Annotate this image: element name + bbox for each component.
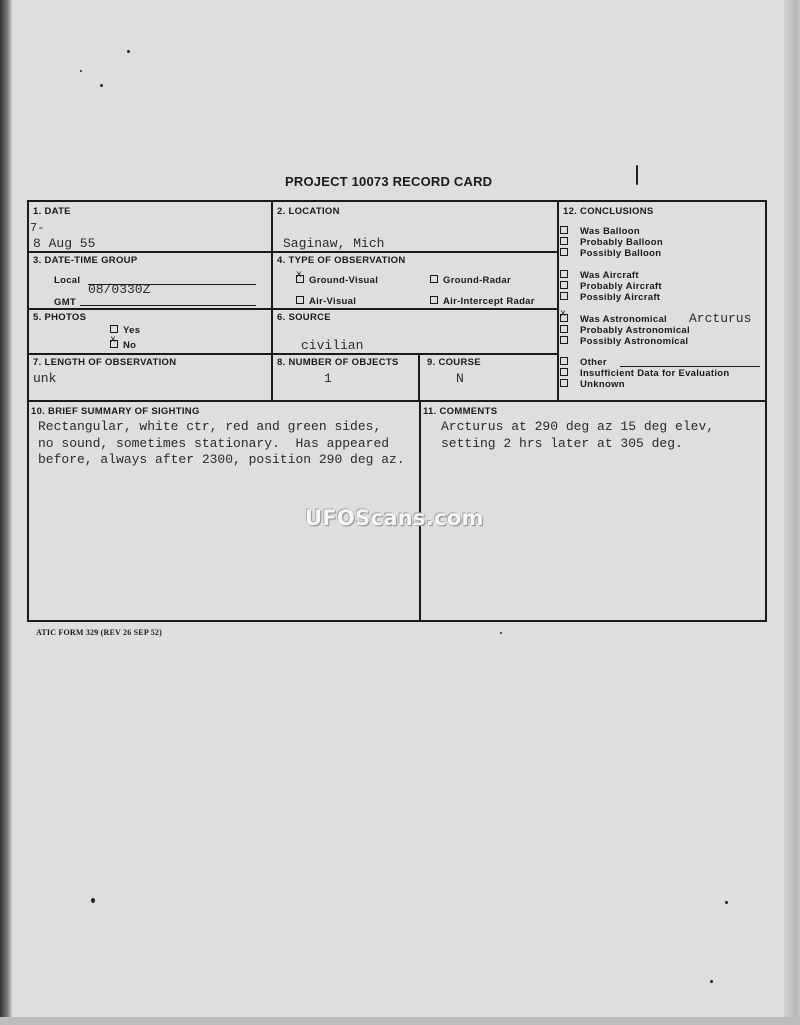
- conclusions-label: 12. CONCLUSIONS: [563, 206, 654, 217]
- date-label: 1. DATE: [33, 206, 71, 217]
- card-title: PROJECT 10073 RECORD CARD: [285, 174, 492, 189]
- checkbox-checked-icon: [110, 340, 118, 348]
- gmt-underline: [80, 305, 256, 306]
- checkbox-icon: [560, 281, 568, 289]
- divider: [27, 308, 559, 310]
- conclusion-insufficient-data: Insufficient Data for Evaluation: [560, 368, 729, 379]
- conclusion-unknown: Unknown: [560, 379, 625, 390]
- source-label: 6. SOURCE: [277, 312, 331, 323]
- checkbox-checked-icon: [296, 275, 304, 283]
- checkbox-icon: [560, 368, 568, 376]
- photos-option-no: No: [110, 340, 136, 351]
- watermark: UFOScans.com: [305, 506, 484, 530]
- checkbox-icon: [560, 226, 568, 234]
- scan-speck: [710, 980, 713, 983]
- conclusion-was-astronomical: Was Astronomical: [560, 314, 667, 325]
- scan-mark: [636, 165, 638, 185]
- option-ground-radar: Ground-Radar: [430, 275, 511, 286]
- checkbox-icon: [560, 379, 568, 387]
- location-value: Saginaw, Mich: [283, 236, 384, 251]
- checkbox-icon: [430, 275, 438, 283]
- comments-text: Arcturus at 290 deg az 15 deg elev,setti…: [441, 419, 714, 452]
- date-value-line1: 7-: [30, 221, 44, 235]
- length-of-observation-value: unk: [33, 371, 56, 386]
- divider: [557, 200, 559, 402]
- date-time-group-label: 3. DATE-TIME GROUP: [33, 255, 137, 266]
- conclusion-was-balloon: Was Balloon: [560, 226, 640, 237]
- date-value: 8 Aug 55: [33, 236, 95, 251]
- scan-speck: [91, 898, 95, 903]
- option-air-intercept-radar: Air-Intercept Radar: [430, 296, 535, 307]
- checkbox-icon: [560, 325, 568, 333]
- gmt-label: GMT: [54, 297, 76, 308]
- course-label: 9. COURSE: [427, 357, 481, 368]
- conclusion-probably-balloon: Probably Balloon: [560, 237, 663, 248]
- checkbox-checked-icon: [560, 314, 568, 322]
- scan-left-edge: [0, 0, 12, 1025]
- conclusion-probably-aircraft: Probably Aircraft: [560, 281, 662, 292]
- scan-speck: [725, 901, 728, 904]
- checkbox-icon: [560, 357, 568, 365]
- summary-text: Rectangular, white ctr, red and green si…: [38, 419, 405, 469]
- checkbox-icon: [560, 292, 568, 300]
- gmt-value: 08/0330Z: [88, 282, 150, 297]
- option-ground-visual: Ground-Visual: [296, 275, 378, 286]
- number-of-objects-value: 1: [324, 371, 332, 386]
- conclusion-was-aircraft: Was Aircraft: [560, 270, 639, 281]
- form-footer: ATIC FORM 329 (REV 26 SEP 52): [36, 628, 162, 637]
- scan-speck: [500, 632, 502, 634]
- divider: [27, 400, 767, 402]
- type-of-observation-label: 4. TYPE OF OBSERVATION: [277, 255, 406, 266]
- other-underline: [620, 366, 760, 367]
- checkbox-icon: [296, 296, 304, 304]
- local-time-label: Local: [54, 275, 80, 286]
- conclusion-other: Other: [560, 357, 607, 368]
- conclusion-possibly-astronomical: Possibly Astronomical: [560, 336, 688, 347]
- conclusion-probably-astronomical: Probably Astronomical: [560, 325, 690, 336]
- divider: [27, 353, 559, 355]
- scan-speck: [127, 50, 130, 53]
- length-of-observation-label: 7. LENGTH OF OBSERVATION: [33, 357, 176, 368]
- divider: [27, 251, 559, 253]
- location-label: 2. LOCATION: [277, 206, 340, 217]
- checkbox-icon: [560, 248, 568, 256]
- number-of-objects-label: 8. NUMBER OF OBJECTS: [277, 357, 399, 368]
- divider: [418, 353, 420, 402]
- checkbox-icon: [430, 296, 438, 304]
- comments-label: 11. COMMENTS: [423, 406, 497, 417]
- checkbox-icon: [110, 325, 118, 333]
- divider: [271, 200, 273, 402]
- checkbox-icon: [560, 237, 568, 245]
- option-air-visual: Air-Visual: [296, 296, 356, 307]
- scan-right-edge: [784, 0, 800, 1025]
- scan-bottom-edge: [0, 1017, 800, 1025]
- astronomical-annotation: Arcturus: [689, 311, 751, 326]
- source-value: civilian: [301, 338, 363, 353]
- photos-option-yes: Yes: [110, 325, 140, 336]
- conclusion-possibly-balloon: Possibly Balloon: [560, 248, 661, 259]
- scan-speck: [80, 70, 82, 72]
- summary-label: 10. BRIEF SUMMARY OF SIGHTING: [31, 406, 200, 417]
- checkbox-icon: [560, 270, 568, 278]
- checkbox-icon: [560, 336, 568, 344]
- scan-speck: [100, 84, 103, 87]
- course-value: N: [456, 371, 464, 386]
- conclusion-possibly-aircraft: Possibly Aircraft: [560, 292, 660, 303]
- photos-label: 5. PHOTOS: [33, 312, 86, 323]
